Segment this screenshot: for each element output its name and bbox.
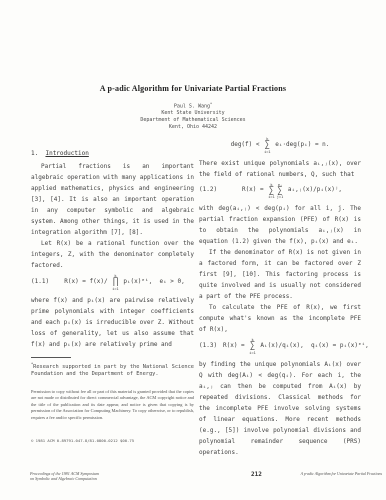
equation-body: R(x) = k ∑ i=1 eᵢ ∑ j=1 aᵢ,ⱼ(x)/pᵢ(x)ʲ, (223, 183, 361, 200)
sum-symbol: ∑ (269, 187, 274, 196)
equation-tag: (1.2) (199, 187, 223, 194)
product-symbol: ∏ (113, 278, 118, 287)
operator-lower-limit: i=1 (268, 195, 275, 199)
equation-body: R(x) = f(x)/ k ∏ i=1 pᵢ(x)ᵉⁱ, eᵢ > 0, (55, 274, 194, 291)
footnote-research-support: *Research supported in part by the Natio… (31, 361, 194, 379)
operator-lower-limit: i=1 (112, 287, 119, 291)
paragraph-intro-3: where f(x) and pᵢ(x) are pairwise relati… (31, 295, 194, 350)
paragraph-factoring: If the denominator of R(x) is not given … (199, 247, 361, 302)
equation-tag: (1.3) (199, 343, 223, 350)
equation-1-2: (1.2) R(x) = k ∑ i=1 eᵢ ∑ j=1 aᵢ,ⱼ(x)/pᵢ… (199, 183, 361, 200)
sum-symbol: ∑ (265, 141, 270, 150)
sum-operator-outer: k ∑ i=1 (268, 183, 275, 200)
right-column: deg(f) < k ∑ i=1 eᵢ·deg(pᵢ) = n. There e… (199, 134, 361, 458)
section-title: Introduction (45, 150, 88, 157)
author-department: Department of Mathematical Sciences (0, 117, 386, 124)
equation-degree-bound: deg(f) < k ∑ i=1 eᵢ·deg(pᵢ) = n. (199, 137, 361, 154)
paragraph-pfe-1: There exist unique polynomials aᵢ,ⱼ(x), … (199, 158, 361, 180)
equation-tag: (1.1) (31, 279, 55, 286)
equation-1-3: (1.3) R(x) = k ∑ i=1 Aᵢ(x)/qᵢ(x), qᵢ(x) … (199, 338, 361, 355)
operator-lower-limit: i=1 (249, 351, 256, 355)
equation-rhs: eᵢ·deg(pᵢ) = n. (272, 142, 330, 149)
acm-copyright-line: © 1981 ACM 0-89791-047-8/81-0800-0212 $0… (31, 435, 194, 446)
author-name-text: Paul S. Wang (174, 104, 210, 110)
author-address: Kent, Ohio 44242 (0, 124, 386, 131)
proceedings-citation: Proceedings of the 1981 ACM Symposium on… (30, 471, 170, 481)
paragraph-incomplete-pfe: To calculate the PFE of R(x), we first c… (199, 302, 361, 335)
equation-rhs: pᵢ(x)ᵉⁱ, eᵢ > 0, (120, 279, 185, 286)
footnote-text: Research supported in part by the Nation… (31, 363, 194, 376)
sum-operator-inner: eᵢ ∑ j=1 (277, 183, 284, 200)
paper-title: A p-adic Algorithm for Univariate Partia… (0, 84, 386, 93)
running-title: A p-adic Algorithm for Univariate Partia… (274, 472, 382, 476)
sum-operator: k ∑ i=1 (264, 137, 271, 154)
author-footnote-mark: * (210, 102, 212, 106)
sum-operator: k ∑ i=1 (249, 338, 256, 355)
left-column: 1. Introduction Partial fractions is an … (31, 148, 194, 446)
equation-body: deg(f) < k ∑ i=1 eᵢ·deg(pᵢ) = n. (199, 137, 361, 154)
page-footer: Proceedings of the 1981 ACM Symposium on… (30, 471, 360, 491)
paragraph-methods: by finding the unique polynomials Aᵢ(x) … (199, 359, 361, 458)
paper-page: A p-adic Algorithm for Univariate Partia… (0, 0, 386, 500)
author-university: Kent State University (0, 110, 386, 117)
equation-rhs: Aᵢ(x)/qᵢ(x), qᵢ(x) = pᵢ(x)ᵉⁱ, (257, 343, 369, 350)
equation-1-1: (1.1) R(x) = f(x)/ k ∏ i=1 pᵢ(x)ᵉⁱ, eᵢ >… (31, 274, 194, 291)
equation-lhs: R(x) = (242, 187, 267, 194)
equation-lhs: R(x) = (223, 343, 248, 350)
product-operator: k ∏ i=1 (112, 274, 119, 291)
equation-rhs: aᵢ,ⱼ(x)/pᵢ(x)ʲ, (284, 187, 342, 194)
author-name: Paul S. Wang* (0, 101, 386, 110)
paragraph-pfe-2: with deg(aᵢ,ⱼ) < deg(pᵢ) for all i, j. T… (199, 203, 361, 247)
sum-symbol: ∑ (250, 342, 255, 351)
operator-lower-limit: i=1 (264, 150, 271, 154)
section-number: 1. (31, 150, 38, 157)
paragraph-intro-2: Let R(x) be a rational function over the… (31, 238, 194, 271)
author-block: Paul S. Wang* Kent State University Depa… (0, 101, 386, 131)
sum-symbol: ∑ (277, 187, 282, 196)
footnote-rule (31, 357, 71, 358)
section-heading-introduction: 1. Introduction (31, 148, 194, 159)
equation-body: R(x) = k ∑ i=1 Aᵢ(x)/qᵢ(x), qᵢ(x) = pᵢ(x… (223, 338, 369, 355)
equation-lhs: deg(f) < (231, 142, 264, 149)
operator-lower-limit: j=1 (277, 195, 284, 199)
acm-permission-notice: Permission to copy without fee all or pa… (31, 389, 194, 421)
equation-lhs: R(x) = f(x)/ (64, 279, 111, 286)
paragraph-intro-1: Partial fractions is an important algebr… (31, 161, 194, 238)
proceedings-line-2: on Symbolic and Algebraic Computation (30, 476, 170, 481)
page-number: 212 (251, 471, 262, 478)
